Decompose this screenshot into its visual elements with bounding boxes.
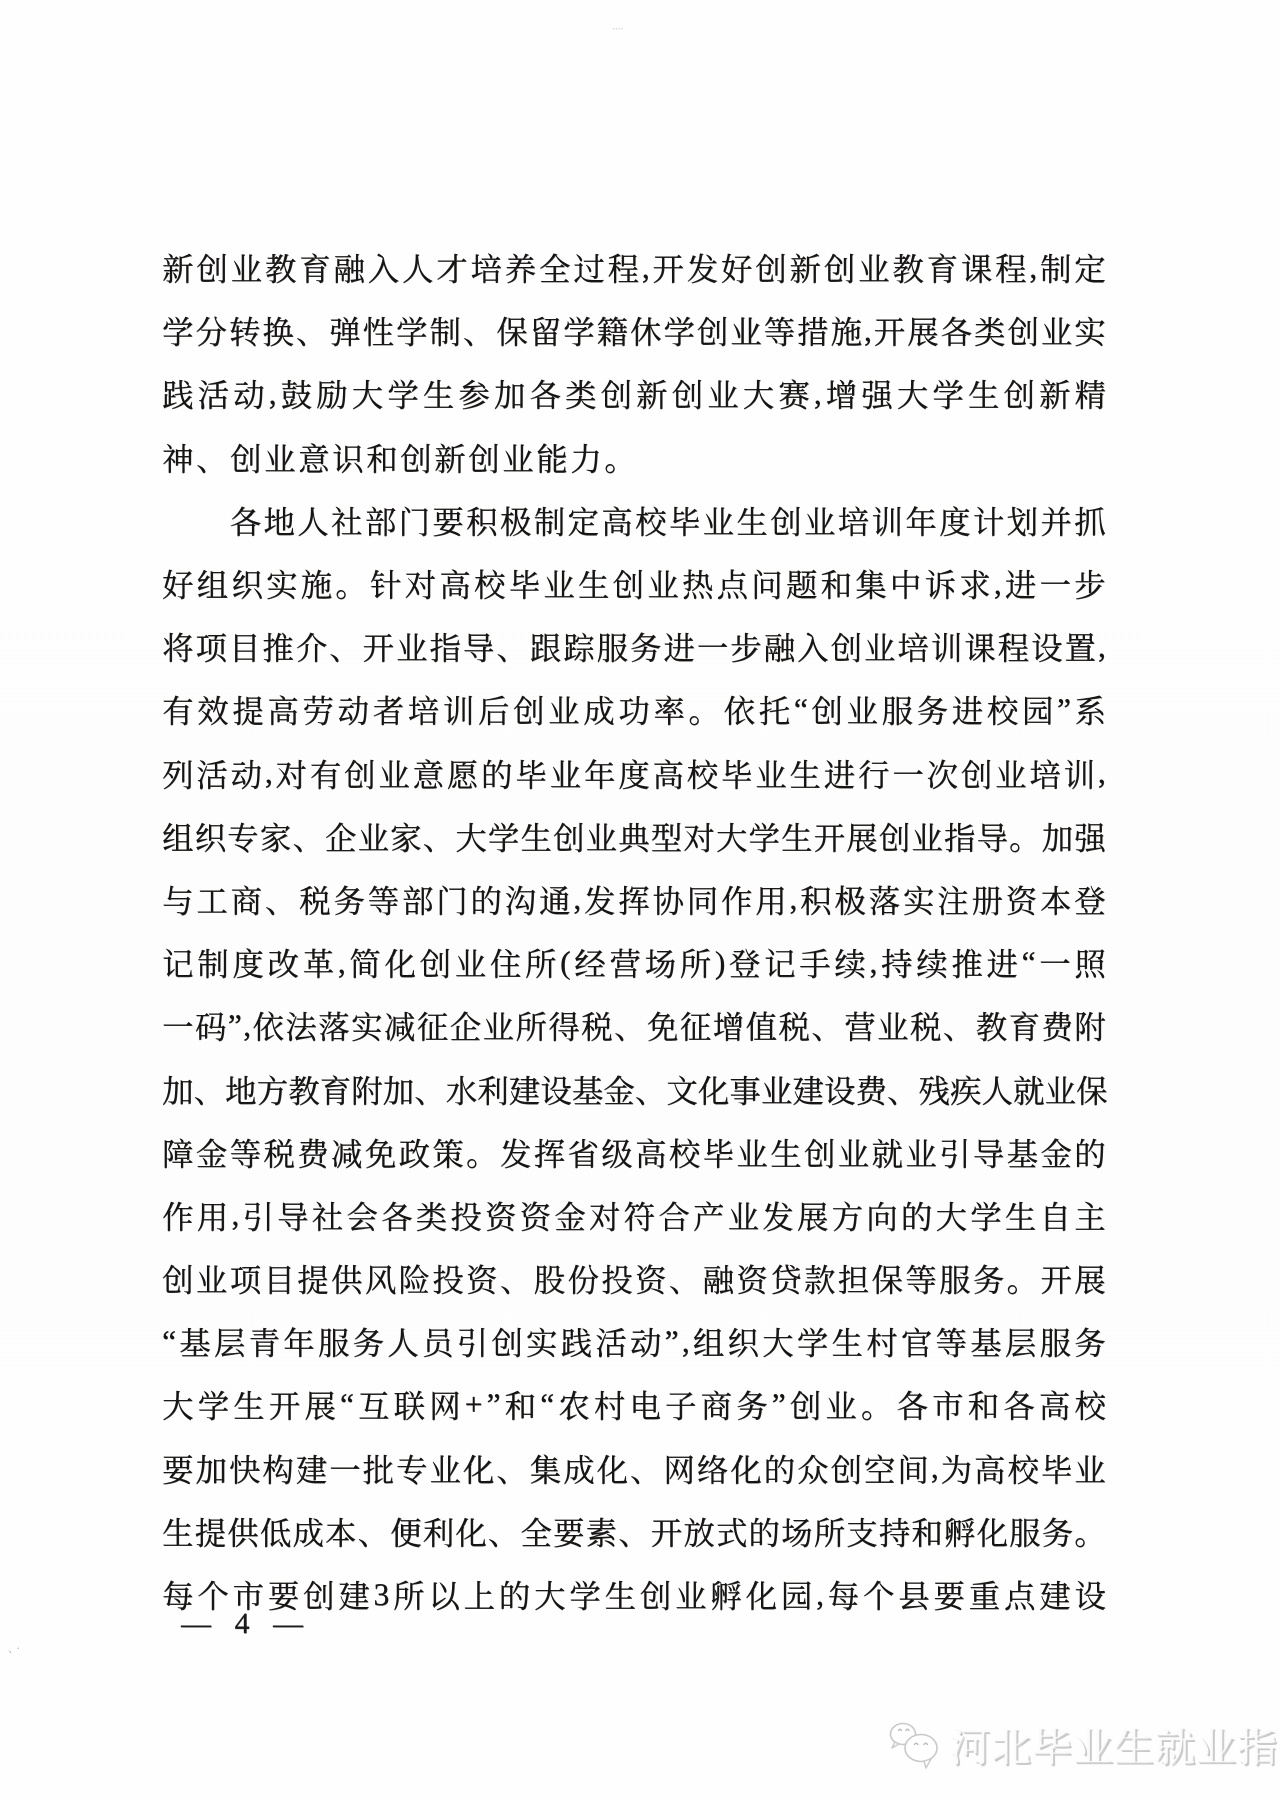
text-line: 与工商、税务等部门的沟通,发挥协同作用,积极落实注册资本登 bbox=[162, 868, 1106, 931]
text-line: 组织专家、企业家、大学生创业典型对大学生开展创业指导。加强 bbox=[162, 805, 1106, 868]
text-line: 创业项目提供风险投资、股份投资、融资贷款担保等服务。开展 bbox=[162, 1247, 1106, 1310]
text-line: 有效提高劳动者培训后创业成功率。依托“创业服务进校园”系 bbox=[162, 678, 1106, 741]
text-line: 作用,引导社会各类投资资金对符合产业发展方向的大学生自主 bbox=[162, 1184, 1106, 1247]
text-line: 学分转换、弹性学制、保留学籍休学创业等措施,开展各类创业实 bbox=[162, 299, 1106, 362]
text-line: 加、地方教育附加、水利建设基金、文化事业建设费、残疾人就业保 bbox=[162, 1057, 1106, 1120]
text-line: 新创业教育融入人才培养全过程,开发好创新创业教育课程,制定 bbox=[162, 236, 1106, 299]
text-line: 列活动,对有创业意愿的毕业年度高校毕业生进行一次创业培训, bbox=[162, 742, 1106, 805]
text-line: 生提供低成本、便利化、全要素、开放式的场所支持和孵化服务。 bbox=[162, 1500, 1106, 1563]
text-line: 神、创业意识和创新创业能力。 bbox=[162, 426, 1106, 489]
text-line: 践活动,鼓励大学生参加各类创新创业大赛,增强大学生创新精 bbox=[162, 362, 1106, 425]
text-line: 大学生开展“互联网+”和“农村电子商务”创业。各市和各高校 bbox=[162, 1373, 1106, 1436]
text-line: 障金等税费减免政策。发挥省级高校毕业生创业就业引导基金的 bbox=[162, 1121, 1106, 1184]
scan-artifact-top: ᠁ bbox=[610, 18, 623, 37]
text-line: 一码”,依法落实减征企业所得税、免征增值税、营业税、教育费附 bbox=[162, 994, 1106, 1057]
text-line: 将项目推介、开业指导、跟踪服务进一步融入创业培训课程设置, bbox=[162, 615, 1106, 678]
page-number: — 4 — bbox=[181, 1607, 311, 1641]
text-line: 各地人社部门要积极制定高校毕业生创业培训年度计划并抓 bbox=[162, 489, 1106, 552]
scan-artifact-bottom-left: 、· bbox=[8, 1640, 23, 1656]
text-line: “基层青年服务人员引创实践活动”,组织大学生村官等基层服务 bbox=[162, 1310, 1106, 1373]
text-line: 记制度改革,简化创业住所(经营场所)登记手续,持续推进“一照 bbox=[162, 931, 1106, 994]
watermark-text: 河北毕业生就业指导 bbox=[950, 1716, 1280, 1773]
text-line: 好组织实施。针对高校毕业生创业热点问题和集中诉求,进一步 bbox=[162, 552, 1106, 615]
watermark: 河北毕业生就业指导 bbox=[886, 1716, 1280, 1773]
document-body: 新创业教育融入人才培养全过程,开发好创新创业教育课程,制定学分转换、弹性学制、保… bbox=[162, 236, 1106, 1626]
text-line: 要加快构建一批专业化、集成化、网络化的众创空间,为高校毕业 bbox=[162, 1437, 1106, 1500]
wechat-icon bbox=[886, 1717, 942, 1773]
